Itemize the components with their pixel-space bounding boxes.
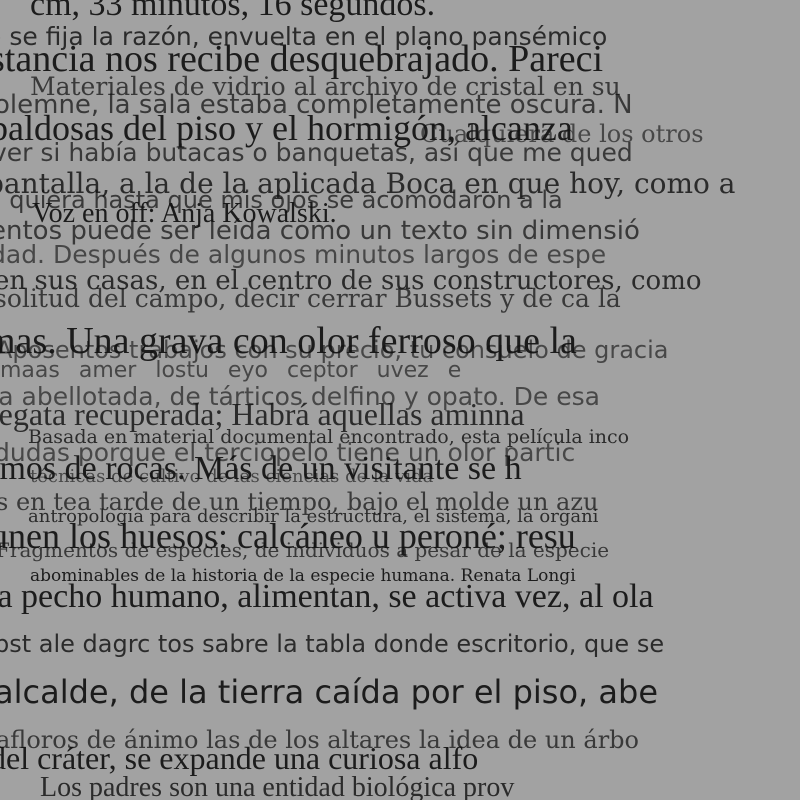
text-line: solitud del campo, decir cerrar Bussets … — [0, 286, 621, 311]
text-collage: cm, 33 minutos, 16 segundos. e se fija l… — [0, 0, 800, 800]
text-line: maas amer lostu eyo ceptor uvez e — [0, 360, 461, 382]
text-line: ver si había butacas o banquetas, así qu… — [0, 140, 633, 165]
text-line: técnicas de cultivo de las ciencias de l… — [30, 468, 433, 486]
text-line: dad. Después de algunos minutos largos d… — [0, 242, 606, 267]
text-line: Fragmentos de especies, de individuos a … — [0, 540, 609, 560]
text-line: del cráter, se expande una curiosa alfo — [0, 742, 478, 774]
text-line: pst ale dagrc tos sabre la tabla donde e… — [0, 632, 664, 656]
text-line: la pecho humano, alimentan, se activa ve… — [0, 580, 654, 614]
text-line: alcalde, de la tierra caída por el piso,… — [0, 676, 658, 708]
text-line: cm, 33 minutos, 16 segundos. — [30, 0, 435, 22]
text-line: Los padres son una entidad biológica pro… — [40, 774, 514, 800]
